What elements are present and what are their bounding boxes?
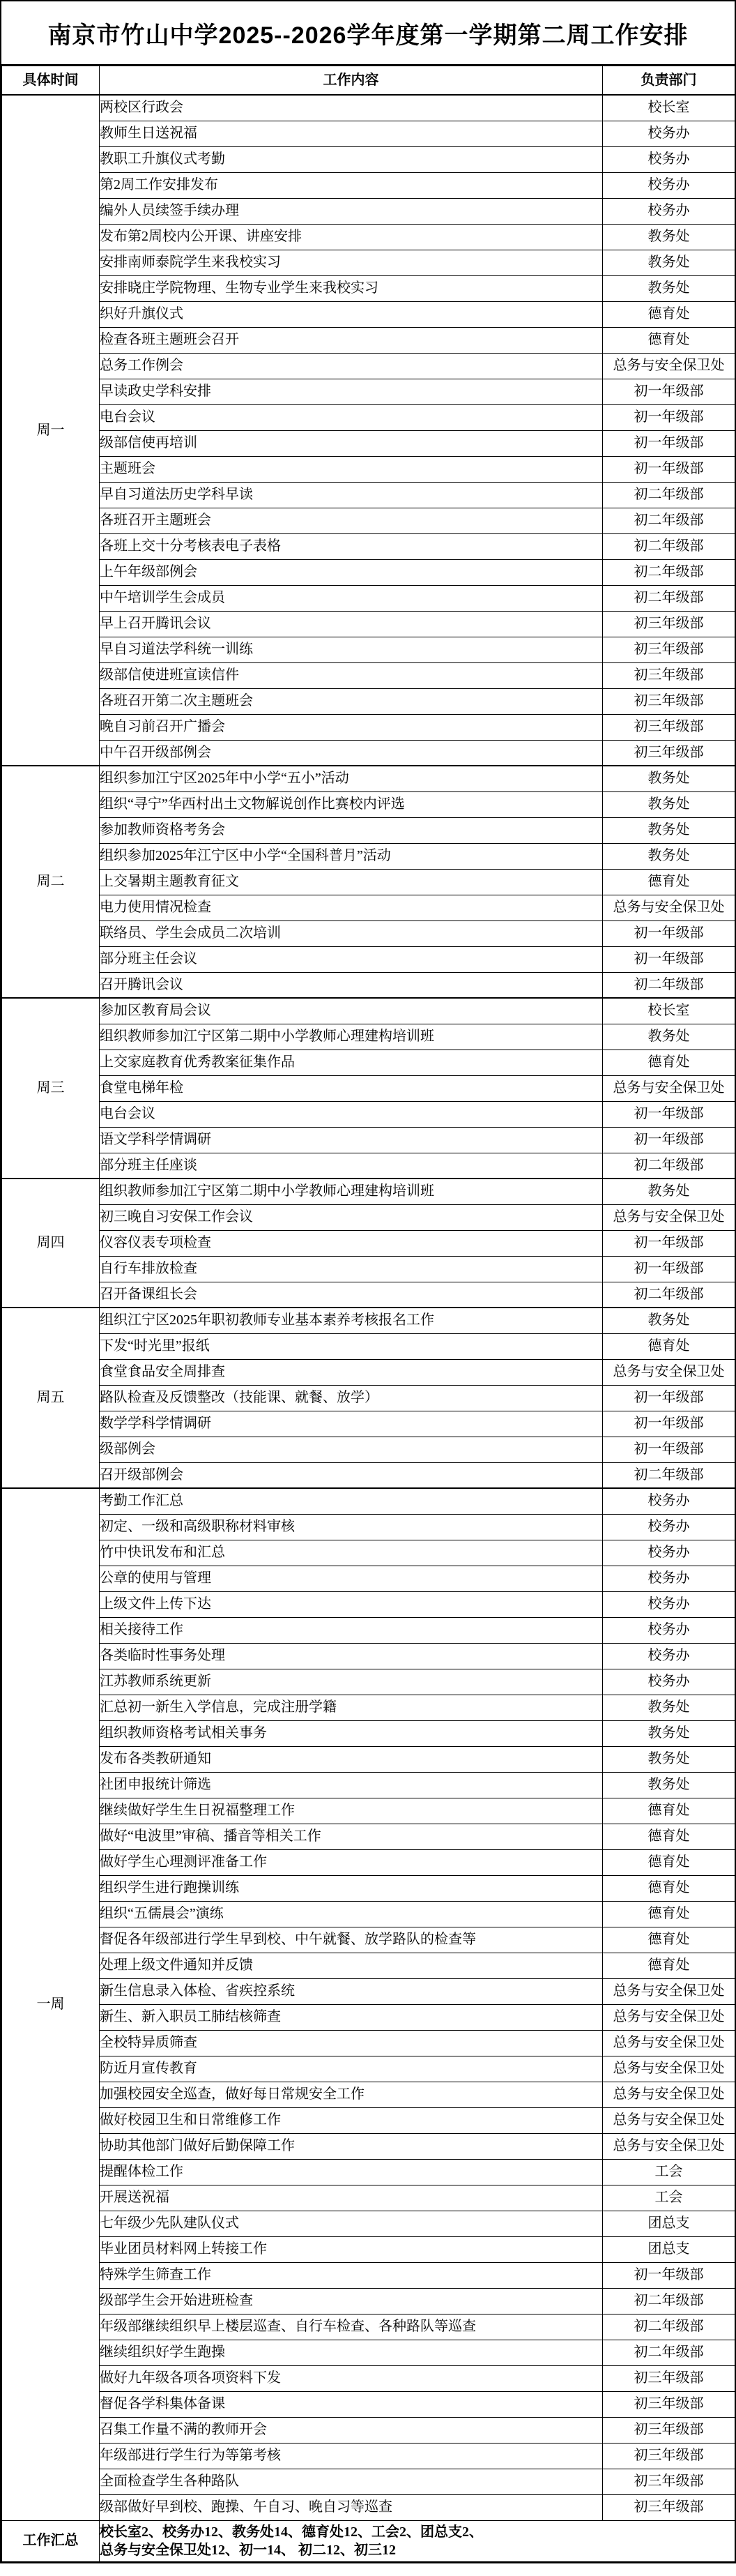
schedule-row: 电台会议初一年级部: [2, 404, 735, 430]
header-row: 具体时间 工作内容 负责部门: [2, 66, 735, 96]
schedule-row: 级部例会初一年级部: [2, 1437, 735, 1462]
task-dept-cell: 初一年级部: [603, 379, 735, 404]
task-content-cell: 各班召开第二次主题班会: [100, 688, 603, 714]
time-period-cell: 一周: [2, 1488, 100, 2520]
schedule-row: 各班上交十分考核表电子表格初二年级部: [2, 533, 735, 559]
task-dept-cell: 校务办: [603, 1617, 735, 1643]
task-dept-cell: 初三年级部: [603, 2443, 735, 2469]
task-dept-cell: 初一年级部: [603, 404, 735, 430]
task-dept-cell: 初二年级部: [603, 972, 735, 998]
task-dept-cell: 初三年级部: [603, 611, 735, 637]
task-content-cell: 语文学科学情调研: [100, 1127, 603, 1153]
schedule-row: 初三晚自习安保工作会议总务与安全保卫处: [2, 1204, 735, 1230]
schedule-row: 全校特异质筛查总务与安全保卫处: [2, 2030, 735, 2056]
task-dept-cell: 总务与安全保卫处: [603, 895, 735, 920]
task-dept-cell: 德育处: [603, 1050, 735, 1075]
schedule-row: 初定、一级和高级职称材料审核校务办: [2, 1514, 735, 1540]
schedule-row: 周一两校区行政会校长室: [2, 95, 735, 121]
column-header-content: 工作内容: [100, 66, 603, 96]
task-dept-cell: 校务办: [603, 198, 735, 224]
task-content-cell: 安排南师泰院学生来我校实习: [100, 250, 603, 275]
task-dept-cell: 德育处: [603, 1901, 735, 1927]
task-dept-cell: 校务办: [603, 172, 735, 198]
time-period-cell: 周五: [2, 1308, 100, 1488]
schedule-row: 上交暑期主题教育征文德育处: [2, 869, 735, 895]
task-dept-cell: 教务处: [603, 843, 735, 869]
task-content-cell: 参加区教育局会议: [100, 998, 603, 1024]
task-dept-cell: 德育处: [603, 1875, 735, 1901]
task-content-cell: 继续做好学生生日祝福整理工作: [100, 1798, 603, 1824]
task-dept-cell: 校务办: [603, 1643, 735, 1669]
task-dept-cell: 初二年级部: [603, 1153, 735, 1179]
schedule-row: 检查各班主题班会召开德育处: [2, 327, 735, 353]
column-header-dept: 负责部门: [603, 66, 735, 96]
task-dept-cell: 教务处: [603, 1695, 735, 1720]
task-content-cell: 主题班会: [100, 456, 603, 482]
schedule-row: 一周考勤工作汇总校务办: [2, 1488, 735, 1514]
task-dept-cell: 初二年级部: [603, 2314, 735, 2340]
task-dept-cell: 初三年级部: [603, 2365, 735, 2391]
task-content-cell: 新生信息录入体检、省疾控系统: [100, 1978, 603, 2004]
schedule-row: 路队检查及反馈整改（技能课、就餐、放学）初一年级部: [2, 1385, 735, 1411]
task-content-cell: 电台会议: [100, 404, 603, 430]
schedule-row: 竹中快讯发布和汇总校务办: [2, 1540, 735, 1566]
task-dept-cell: 教务处: [603, 1024, 735, 1050]
task-dept-cell: 初二年级部: [603, 482, 735, 508]
schedule-row: 食堂电梯年检总务与安全保卫处: [2, 1075, 735, 1101]
schedule-row: 继续做好学生生日祝福整理工作德育处: [2, 1798, 735, 1824]
task-content-cell: 组织“五儒晨会”演练: [100, 1901, 603, 1927]
schedule-row: 安排南师泰院学生来我校实习教务处: [2, 250, 735, 275]
task-content-cell: 教职工升旗仪式考勤: [100, 146, 603, 172]
task-content-cell: 两校区行政会: [100, 95, 603, 121]
task-content-cell: 召集工作量不满的教师开会: [100, 2417, 603, 2443]
task-content-cell: 组织参加2025年江宁区中小学“全国科普月”活动: [100, 843, 603, 869]
task-content-cell: 提醒体检工作: [100, 2159, 603, 2185]
schedule-row: 全面检查学生各种路队初三年级部: [2, 2469, 735, 2494]
table-footer: 工作汇总 校长室2、校务办12、教务处14、德育处12、工会2、团总支2、 总务…: [2, 2520, 735, 2561]
task-content-cell: 食堂电梯年检: [100, 1075, 603, 1101]
schedule-row: 社团申报统计筛选教务处: [2, 1772, 735, 1798]
task-content-cell: 相关接待工作: [100, 1617, 603, 1643]
task-content-cell: 初定、一级和高级职称材料审核: [100, 1514, 603, 1540]
schedule-row: 周五组织江宁区2025年职初教师专业基本素养考核报名工作教务处: [2, 1308, 735, 1333]
schedule-row: 主题班会初一年级部: [2, 456, 735, 482]
schedule-row: 第2周工作安排发布校务办: [2, 172, 735, 198]
schedule-row: 发布各类教研通知教务处: [2, 1746, 735, 1772]
task-content-cell: 早自习道法学科统一训练: [100, 637, 603, 662]
schedule-row: 处理上级文件通知并反馈德育处: [2, 1953, 735, 1978]
time-period-cell: 周二: [2, 766, 100, 998]
task-dept-cell: 德育处: [603, 1849, 735, 1875]
task-dept-cell: 校务办: [603, 1540, 735, 1566]
task-dept-cell: 德育处: [603, 327, 735, 353]
task-content-cell: 部分班主任会议: [100, 946, 603, 972]
task-dept-cell: 教务处: [603, 1308, 735, 1333]
schedule-row: 相关接待工作校务办: [2, 1617, 735, 1643]
task-dept-cell: 初一年级部: [603, 1127, 735, 1153]
task-content-cell: 联络员、学生会成员二次培训: [100, 920, 603, 946]
time-period-cell: 周四: [2, 1179, 100, 1308]
task-dept-cell: 德育处: [603, 301, 735, 327]
schedule-row: 周三参加区教育局会议校长室: [2, 998, 735, 1024]
task-dept-cell: 校务办: [603, 1669, 735, 1695]
page-title: 南京市竹山中学2025--2026学年度第一学期第二周工作安排: [48, 16, 689, 50]
task-content-cell: 汇总初一新生入学信息，完成注册学籍: [100, 1695, 603, 1720]
schedule-table: 具体时间 工作内容 负责部门 周一两校区行政会校长室教师生日送祝福校务办教职工升…: [1, 66, 735, 2562]
task-content-cell: 组织参加江宁区2025年中小学“五小”活动: [100, 766, 603, 791]
task-dept-cell: 总务与安全保卫处: [603, 2030, 735, 2056]
task-dept-cell: 德育处: [603, 1953, 735, 1978]
task-content-cell: 参加教师资格考务会: [100, 817, 603, 843]
task-content-cell: 早读政史学科安排: [100, 379, 603, 404]
task-dept-cell: 初三年级部: [603, 740, 735, 766]
task-dept-cell: 教务处: [603, 1179, 735, 1204]
task-dept-cell: 初一年级部: [603, 946, 735, 972]
task-content-cell: 电台会议: [100, 1101, 603, 1127]
schedule-row: 公章的使用与管理校务办: [2, 1566, 735, 1591]
task-content-cell: 督促各学科集体备课: [100, 2391, 603, 2417]
schedule-row: 召开备课组长会初二年级部: [2, 1282, 735, 1308]
task-content-cell: 组织“寻宁”华西村出土文物解说创作比赛校内评选: [100, 791, 603, 817]
task-dept-cell: 德育处: [603, 1824, 735, 1849]
task-dept-cell: 教务处: [603, 1772, 735, 1798]
task-dept-cell: 教务处: [603, 275, 735, 301]
task-dept-cell: 总务与安全保卫处: [603, 1204, 735, 1230]
schedule-row: 开展送祝福工会: [2, 2185, 735, 2211]
task-content-cell: 防近月宣传教育: [100, 2056, 603, 2082]
schedule-row: 毕业团员材料网上转接工作团总支: [2, 2236, 735, 2262]
task-dept-cell: 德育处: [603, 869, 735, 895]
schedule-row: 仪容仪表专项检查初一年级部: [2, 1230, 735, 1256]
task-dept-cell: 德育处: [603, 1333, 735, 1359]
task-dept-cell: 初一年级部: [603, 1256, 735, 1282]
task-dept-cell: 总务与安全保卫处: [603, 1075, 735, 1101]
task-dept-cell: 教务处: [603, 817, 735, 843]
schedule-row: 做好校园卫生和日常维修工作总务与安全保卫处: [2, 2107, 735, 2133]
task-dept-cell: 初二年级部: [603, 2288, 735, 2314]
schedule-row: 电台会议初一年级部: [2, 1101, 735, 1127]
task-content-cell: 初三晚自习安保工作会议: [100, 1204, 603, 1230]
schedule-row: 联络员、学生会成员二次培训初一年级部: [2, 920, 735, 946]
task-dept-cell: 校务办: [603, 1591, 735, 1617]
task-dept-cell: 校务办: [603, 121, 735, 146]
task-content-cell: 召开级部例会: [100, 1462, 603, 1488]
schedule-row: 自行车排放检查初一年级部: [2, 1256, 735, 1282]
table-header: 具体时间 工作内容 负责部门: [2, 66, 735, 96]
schedule-row: 发布第2周校内公开课、讲座安排教务处: [2, 224, 735, 250]
schedule-row: 编外人员续签手续办理校务办: [2, 198, 735, 224]
task-dept-cell: 初一年级部: [603, 2262, 735, 2288]
schedule-row: 周二组织参加江宁区2025年中小学“五小”活动教务处: [2, 766, 735, 791]
task-content-cell: 级部信使再培训: [100, 430, 603, 456]
summary-line-1: 校长室2、校务办12、教务处14、德育处12、工会2、团总支2、: [100, 2523, 735, 2541]
task-content-cell: 组织教师参加江宁区第二期中小学教师心理建构培训班: [100, 1024, 603, 1050]
schedule-row: 中午召开级部例会初三年级部: [2, 740, 735, 766]
task-content-cell: 考勤工作汇总: [100, 1488, 603, 1514]
schedule-row: 各班召开主题班会初二年级部: [2, 508, 735, 533]
task-dept-cell: 校务办: [603, 1488, 735, 1514]
task-content-cell: 江苏教师系统更新: [100, 1669, 603, 1695]
schedule-row: 安排晓庄学院物理、生物专业学生来我校实习教务处: [2, 275, 735, 301]
task-content-cell: 级部例会: [100, 1437, 603, 1462]
schedule-row: 上级文件上传下达校务办: [2, 1591, 735, 1617]
schedule-row: 督促各年级部进行学生早到校、中午就餐、放学路队的检查等德育处: [2, 1927, 735, 1953]
schedule-row: 中午培训学生会成员初二年级部: [2, 585, 735, 611]
task-content-cell: 全面检查学生各种路队: [100, 2469, 603, 2494]
task-content-cell: 第2周工作安排发布: [100, 172, 603, 198]
task-content-cell: 继续组织好学生跑操: [100, 2340, 603, 2365]
task-dept-cell: 校务办: [603, 1514, 735, 1540]
schedule-row: 加强校园安全巡查，做好每日常规安全工作总务与安全保卫处: [2, 2082, 735, 2107]
task-content-cell: 中午培训学生会成员: [100, 585, 603, 611]
task-content-cell: 下发“时光里”报纸: [100, 1333, 603, 1359]
task-dept-cell: 初二年级部: [603, 559, 735, 585]
task-content-cell: 食堂食品安全周排查: [100, 1359, 603, 1385]
task-content-cell: 召开腾讯会议: [100, 972, 603, 998]
task-content-cell: 路队检查及反馈整改（技能课、就餐、放学）: [100, 1385, 603, 1411]
task-dept-cell: 初一年级部: [603, 1411, 735, 1437]
task-dept-cell: 初二年级部: [603, 533, 735, 559]
task-content-cell: 竹中快讯发布和汇总: [100, 1540, 603, 1566]
task-content-cell: 数学学科学情调研: [100, 1411, 603, 1437]
schedule-row: 年级部进行学生行为等第考核初三年级部: [2, 2443, 735, 2469]
schedule-row: 总务工作例会总务与安全保卫处: [2, 353, 735, 379]
schedule-body: 周一两校区行政会校长室教师生日送祝福校务办教职工升旗仪式考勤校务办第2周工作安排…: [2, 95, 735, 2520]
task-content-cell: 新生、新入职员工肺结核筛查: [100, 2004, 603, 2030]
schedule-row: 汇总初一新生入学信息，完成注册学籍教务处: [2, 1695, 735, 1720]
title-block: 南京市竹山中学2025--2026学年度第一学期第二周工作安排: [1, 1, 735, 66]
task-dept-cell: 总务与安全保卫处: [603, 353, 735, 379]
task-dept-cell: 团总支: [603, 2236, 735, 2262]
task-content-cell: 组织江宁区2025年职初教师专业基本素养考核报名工作: [100, 1308, 603, 1333]
schedule-row: 部分班主任座谈初二年级部: [2, 1153, 735, 1179]
task-dept-cell: 校务办: [603, 1566, 735, 1591]
schedule-row: 晚自习前召开广播会初三年级部: [2, 714, 735, 740]
task-content-cell: 织好升旗仪式: [100, 301, 603, 327]
task-dept-cell: 教务处: [603, 250, 735, 275]
task-dept-cell: 初三年级部: [603, 662, 735, 688]
task-content-cell: 处理上级文件通知并反馈: [100, 1953, 603, 1978]
task-dept-cell: 工会: [603, 2159, 735, 2185]
task-dept-cell: 初二年级部: [603, 585, 735, 611]
time-period-cell: 周一: [2, 95, 100, 766]
schedule-row: 早自习道法学科统一训练初三年级部: [2, 637, 735, 662]
task-content-cell: 各类临时性事务处理: [100, 1643, 603, 1669]
schedule-row: 部分班主任会议初一年级部: [2, 946, 735, 972]
task-content-cell: 部分班主任座谈: [100, 1153, 603, 1179]
schedule-row: 做好学生心理测评准备工作德育处: [2, 1849, 735, 1875]
schedule-row: 年级部继续组织早上楼层巡查、自行车检查、各种路队等巡查初二年级部: [2, 2314, 735, 2340]
schedule-row: 参加教师资格考务会教务处: [2, 817, 735, 843]
task-content-cell: 级部做好早到校、跑操、午自习、晚自习等巡查: [100, 2494, 603, 2520]
task-content-cell: 早上召开腾讯会议: [100, 611, 603, 637]
task-content-cell: 级部信使进班宣读信件: [100, 662, 603, 688]
task-dept-cell: 校长室: [603, 95, 735, 121]
summary-content-cell: 校长室2、校务办12、教务处14、德育处12、工会2、团总支2、 总务与安全保卫…: [100, 2520, 735, 2561]
task-content-cell: 上交暑期主题教育征文: [100, 869, 603, 895]
schedule-row: 组织“五儒晨会”演练德育处: [2, 1901, 735, 1927]
schedule-row: 江苏教师系统更新校务办: [2, 1669, 735, 1695]
schedule-row: 提醒体检工作工会: [2, 2159, 735, 2185]
task-content-cell: 组织学生进行跑操训练: [100, 1875, 603, 1901]
task-dept-cell: 教务处: [603, 1746, 735, 1772]
schedule-row: 各类临时性事务处理校务办: [2, 1643, 735, 1669]
summary-line-2: 总务与安全保卫处12、初一14、 初二12、初三12: [100, 2541, 735, 2559]
task-dept-cell: 初二年级部: [603, 1282, 735, 1308]
task-content-cell: 仪容仪表专项检查: [100, 1230, 603, 1256]
task-content-cell: 做好九年级各项各项资料下发: [100, 2365, 603, 2391]
task-content-cell: 年级部继续组织早上楼层巡查、自行车检查、各种路队等巡查: [100, 2314, 603, 2340]
task-dept-cell: 总务与安全保卫处: [603, 2107, 735, 2133]
task-content-cell: 协助其他部门做好后勤保障工作: [100, 2133, 603, 2159]
task-dept-cell: 初一年级部: [603, 456, 735, 482]
schedule-row: 上午年级部例会初二年级部: [2, 559, 735, 585]
task-dept-cell: 总务与安全保卫处: [603, 2082, 735, 2107]
task-dept-cell: 团总支: [603, 2211, 735, 2236]
summary-label-cell: 工作汇总: [2, 2520, 100, 2561]
schedule-row: 七年级少先队建队仪式团总支: [2, 2211, 735, 2236]
schedule-row: 组织“寻宁”华西村出土文物解说创作比赛校内评选教务处: [2, 791, 735, 817]
schedule-row: 组织教师参加江宁区第二期中小学教师心理建构培训班教务处: [2, 1024, 735, 1050]
schedule-row: 组织参加2025年江宁区中小学“全国科普月”活动教务处: [2, 843, 735, 869]
task-content-cell: 年级部进行学生行为等第考核: [100, 2443, 603, 2469]
schedule-row: 上交家庭教育优秀教案征集作品德育处: [2, 1050, 735, 1075]
task-content-cell: 教师生日送祝福: [100, 121, 603, 146]
task-dept-cell: 校长室: [603, 998, 735, 1024]
schedule-row: 语文学科学情调研初一年级部: [2, 1127, 735, 1153]
task-content-cell: 上午年级部例会: [100, 559, 603, 585]
schedule-row: 教职工升旗仪式考勤校务办: [2, 146, 735, 172]
task-content-cell: 安排晓庄学院物理、生物专业学生来我校实习: [100, 275, 603, 301]
schedule-row: 召开腾讯会议初二年级部: [2, 972, 735, 998]
task-content-cell: 各班上交十分考核表电子表格: [100, 533, 603, 559]
task-content-cell: 七年级少先队建队仪式: [100, 2211, 603, 2236]
schedule-row: 周四组织教师参加江宁区第二期中小学教师心理建构培训班教务处: [2, 1179, 735, 1204]
schedule-row: 做好“电波里”审稿、播音等相关工作德育处: [2, 1824, 735, 1849]
task-content-cell: 毕业团员材料网上转接工作: [100, 2236, 603, 2262]
schedule-row: 督促各学科集体备课初三年级部: [2, 2391, 735, 2417]
schedule-row: 下发“时光里”报纸德育处: [2, 1333, 735, 1359]
task-dept-cell: 初三年级部: [603, 2417, 735, 2443]
task-dept-cell: 初一年级部: [603, 1385, 735, 1411]
task-dept-cell: 工会: [603, 2185, 735, 2211]
task-content-cell: 召开备课组长会: [100, 1282, 603, 1308]
task-content-cell: 检查各班主题班会召开: [100, 327, 603, 353]
task-dept-cell: 初一年级部: [603, 430, 735, 456]
task-dept-cell: 初三年级部: [603, 2391, 735, 2417]
task-dept-cell: 初一年级部: [603, 1437, 735, 1462]
schedule-row: 协助其他部门做好后勤保障工作总务与安全保卫处: [2, 2133, 735, 2159]
schedule-row: 早自习道法历史学科早读初二年级部: [2, 482, 735, 508]
task-dept-cell: 总务与安全保卫处: [603, 2056, 735, 2082]
task-dept-cell: 总务与安全保卫处: [603, 2004, 735, 2030]
task-content-cell: 公章的使用与管理: [100, 1566, 603, 1591]
schedule-row: 继续组织好学生跑操初二年级部: [2, 2340, 735, 2365]
task-content-cell: 发布各类教研通知: [100, 1746, 603, 1772]
schedule-row: 组织学生进行跑操训练德育处: [2, 1875, 735, 1901]
task-content-cell: 组织教师参加江宁区第二期中小学教师心理建构培训班: [100, 1179, 603, 1204]
task-content-cell: 特殊学生筛查工作: [100, 2262, 603, 2288]
task-dept-cell: 初二年级部: [603, 1462, 735, 1488]
schedule-row: 早上召开腾讯会议初三年级部: [2, 611, 735, 637]
task-content-cell: 发布第2周校内公开课、讲座安排: [100, 224, 603, 250]
task-content-cell: 早自习道法历史学科早读: [100, 482, 603, 508]
task-content-cell: 级部学生会开始进班检查: [100, 2288, 603, 2314]
task-dept-cell: 总务与安全保卫处: [603, 1359, 735, 1385]
task-content-cell: 做好“电波里”审稿、播音等相关工作: [100, 1824, 603, 1849]
task-content-cell: 加强校园安全巡查，做好每日常规安全工作: [100, 2082, 603, 2107]
task-content-cell: 做好学生心理测评准备工作: [100, 1849, 603, 1875]
schedule-row: 防近月宣传教育总务与安全保卫处: [2, 2056, 735, 2082]
task-dept-cell: 初二年级部: [603, 2340, 735, 2365]
task-content-cell: 上级文件上传下达: [100, 1591, 603, 1617]
schedule-row: 做好九年级各项各项资料下发初三年级部: [2, 2365, 735, 2391]
summary-row: 工作汇总 校长室2、校务办12、教务处14、德育处12、工会2、团总支2、 总务…: [2, 2520, 735, 2561]
schedule-row: 特殊学生筛查工作初一年级部: [2, 2262, 735, 2288]
task-dept-cell: 德育处: [603, 1798, 735, 1824]
task-dept-cell: 教务处: [603, 1720, 735, 1746]
task-dept-cell: 总务与安全保卫处: [603, 1978, 735, 2004]
task-content-cell: 电力使用情况检查: [100, 895, 603, 920]
schedule-row: 电力使用情况检查总务与安全保卫处: [2, 895, 735, 920]
task-dept-cell: 初三年级部: [603, 688, 735, 714]
task-content-cell: 上交家庭教育优秀教案征集作品: [100, 1050, 603, 1075]
task-dept-cell: 初一年级部: [603, 920, 735, 946]
schedule-row: 召开级部例会初二年级部: [2, 1462, 735, 1488]
schedule-row: 织好升旗仪式德育处: [2, 301, 735, 327]
schedule-row: 食堂食品安全周排查总务与安全保卫处: [2, 1359, 735, 1385]
task-dept-cell: 初三年级部: [603, 2494, 735, 2520]
time-period-cell: 周三: [2, 998, 100, 1179]
task-content-cell: 全校特异质筛查: [100, 2030, 603, 2056]
schedule-row: 级部学生会开始进班检查初二年级部: [2, 2288, 735, 2314]
task-dept-cell: 教务处: [603, 766, 735, 791]
task-dept-cell: 初三年级部: [603, 637, 735, 662]
task-content-cell: 督促各年级部进行学生早到校、中午就餐、放学路队的检查等: [100, 1927, 603, 1953]
schedule-row: 级部信使再培训初一年级部: [2, 430, 735, 456]
task-dept-cell: 初二年级部: [603, 508, 735, 533]
task-content-cell: 晚自习前召开广播会: [100, 714, 603, 740]
schedule-row: 级部做好早到校、跑操、午自习、晚自习等巡查初三年级部: [2, 2494, 735, 2520]
task-content-cell: 编外人员续签手续办理: [100, 198, 603, 224]
task-content-cell: 社团申报统计筛选: [100, 1772, 603, 1798]
task-dept-cell: 校务办: [603, 146, 735, 172]
schedule-row: 数学学科学情调研初一年级部: [2, 1411, 735, 1437]
task-dept-cell: 教务处: [603, 224, 735, 250]
task-dept-cell: 初三年级部: [603, 714, 735, 740]
task-dept-cell: 初一年级部: [603, 1101, 735, 1127]
schedule-sheet: 南京市竹山中学2025--2026学年度第一学期第二周工作安排 具体时间 工作内…: [0, 0, 736, 2563]
schedule-row: 教师生日送祝福校务办: [2, 121, 735, 146]
schedule-row: 召集工作量不满的教师开会初三年级部: [2, 2417, 735, 2443]
schedule-row: 早读政史学科安排初一年级部: [2, 379, 735, 404]
task-content-cell: 各班召开主题班会: [100, 508, 603, 533]
task-content-cell: 自行车排放检查: [100, 1256, 603, 1282]
task-content-cell: 中午召开级部例会: [100, 740, 603, 766]
task-content-cell: 开展送祝福: [100, 2185, 603, 2211]
schedule-row: 新生、新入职员工肺结核筛查总务与安全保卫处: [2, 2004, 735, 2030]
task-dept-cell: 教务处: [603, 791, 735, 817]
task-dept-cell: 初三年级部: [603, 2469, 735, 2494]
task-content-cell: 总务工作例会: [100, 353, 603, 379]
task-dept-cell: 初一年级部: [603, 1230, 735, 1256]
task-dept-cell: 德育处: [603, 1927, 735, 1953]
task-dept-cell: 总务与安全保卫处: [603, 2133, 735, 2159]
schedule-row: 各班召开第二次主题班会初三年级部: [2, 688, 735, 714]
column-header-time: 具体时间: [2, 66, 100, 96]
schedule-row: 级部信使进班宣读信件初三年级部: [2, 662, 735, 688]
